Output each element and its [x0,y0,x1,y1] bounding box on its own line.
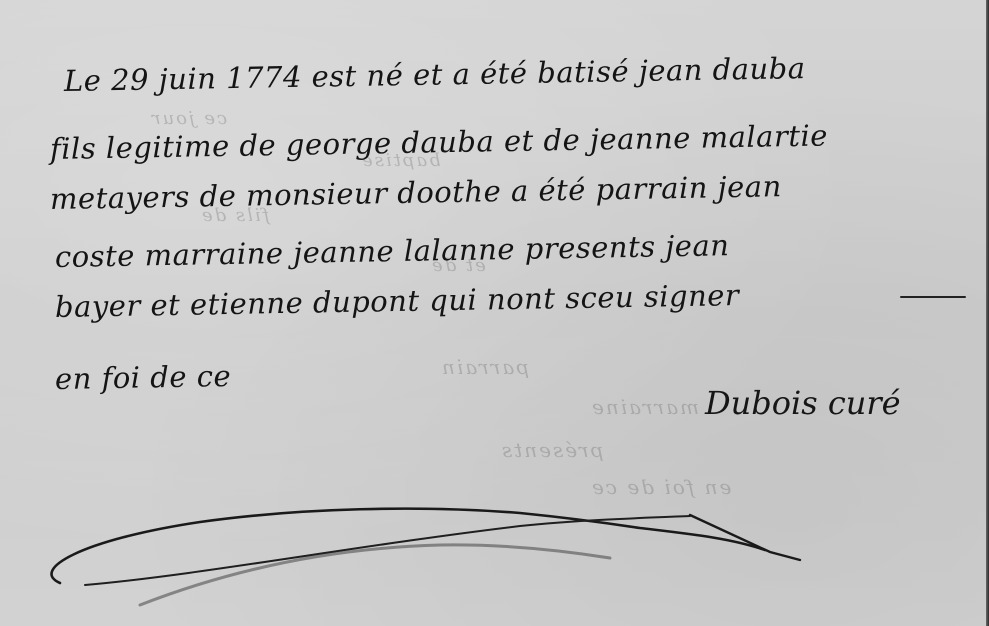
document-page: ce jour baptisé fils de et de parrain ma… [0,0,989,626]
flourish-stroke [0,0,989,626]
